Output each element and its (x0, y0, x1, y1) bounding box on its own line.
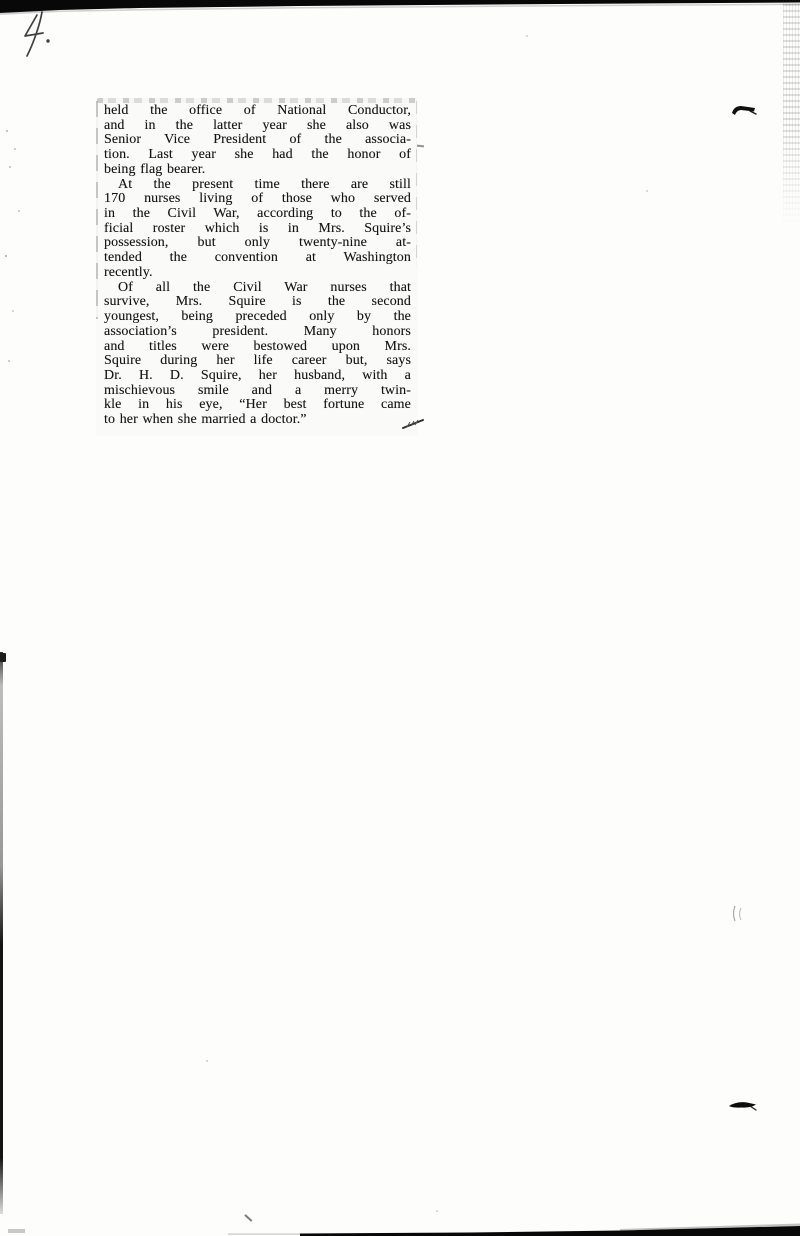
clipping-edge-left (96, 101, 98, 319)
article-line: association’s president. Many honors (104, 325, 411, 340)
ink-smudge-bottom-right-icon (726, 1097, 760, 1115)
scan-noise-top-right (783, 0, 800, 228)
scan-edge-bottom (0, 1220, 800, 1236)
pen-flourish-icon (401, 416, 427, 432)
clipping-edge-right (416, 101, 418, 269)
handwritten-4-icon (12, 6, 64, 64)
faint-mark-mid-right-icon (731, 903, 747, 925)
scan-mark-bottom-left (8, 1229, 25, 1233)
article-line: Of all the Civil War nurses that (104, 281, 411, 296)
article-line: recently. (104, 266, 411, 281)
article-line: survive, Mrs. Squire is the second (104, 295, 411, 310)
scanned-page: 4. held the office of National Conductor… (0, 0, 800, 1236)
article-line: kle in his eye, “Her best fortune came (104, 398, 411, 413)
article-line: held the office of National Conductor, (104, 104, 411, 119)
article-line: Dr. H. D. Squire, her husband, with a (104, 369, 411, 384)
article-line: tended the convention at Washington (104, 251, 411, 266)
article-line: 170 nurses living of those who served (104, 192, 411, 207)
handwritten-page-number: 4. (12, 6, 64, 64)
scan-edge-left (0, 652, 3, 1214)
paper-specks (6, 130, 8, 132)
article-line: being flag bearer. (104, 163, 411, 178)
article-text: held the office of National Conductor,an… (104, 104, 411, 428)
article-line: in the Civil War, according to the of- (104, 207, 411, 222)
scan-edge-top (0, 0, 800, 16)
scan-edge-left-blob (0, 653, 6, 662)
article-line: tion. Last year she had the honor of (104, 148, 411, 163)
article-line: Senior Vice President of the associa- (104, 133, 411, 148)
article-line: Squire during her life career but, says (104, 354, 411, 369)
newspaper-clipping: held the office of National Conductor,an… (96, 98, 418, 436)
article-line: and titles were bestowed upon Mrs. (104, 340, 411, 355)
article-line: youngest, being preceded only by the (104, 310, 411, 325)
article-line: to her when she married a doctor.” (104, 413, 411, 428)
ink-smudge-top-right-icon (730, 102, 760, 120)
article-line: ficial roster which is in Mrs. Squire’s (104, 222, 411, 237)
article-line: possession, but only twenty-nine at- (104, 236, 411, 251)
